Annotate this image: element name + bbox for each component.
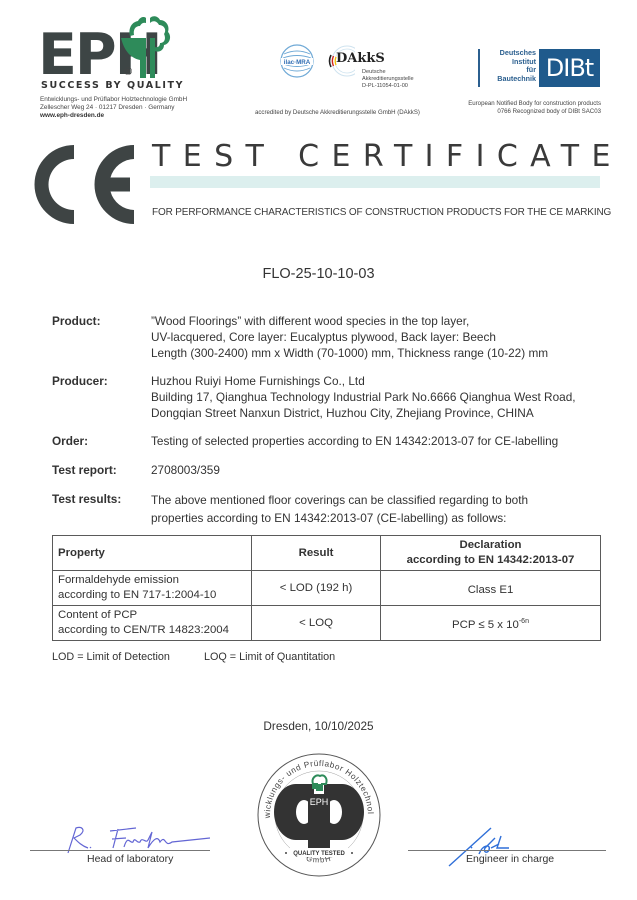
quality-seal-icon: Entwicklungs- und Prüflabor Holztechnolo…: [256, 752, 382, 878]
certificate-subtitle: FOR PERFORMANCE CHARACTERISTICS OF CONST…: [152, 207, 611, 218]
place-and-date: Dresden, 10/10/2025: [0, 719, 637, 733]
cell-declaration: PCP ≤ 5 x 10-6n: [381, 606, 601, 641]
eph-address: Entwicklungs- und Prüflabor Holztechnolo…: [40, 96, 187, 121]
registered-mark: ®: [124, 66, 132, 78]
property-name: Formaldehyde emission: [58, 573, 246, 588]
ce-mark-icon: [34, 143, 138, 226]
test-report-label: Test report:: [52, 463, 117, 477]
eph-website-link[interactable]: www.eph-dresden.de: [40, 112, 187, 120]
eph-slogan: SUCCESS BY QUALITY: [41, 80, 184, 91]
dibt-name: Deutsches Institut für Bautechnik: [484, 49, 536, 83]
dakks-name: DAkkS: [336, 51, 385, 66]
address-line: Entwicklungs- und Prüflabor Holztechnolo…: [40, 96, 187, 104]
certificate-title: TEST CERTIFICATE: [152, 139, 623, 174]
property-name: Content of PCP: [58, 608, 246, 623]
table-row: Content of PCP according to CEN/TR 14823…: [53, 606, 601, 641]
svg-text:EPH: EPH: [310, 797, 329, 807]
test-results-line: The above mentioned floor coverings can …: [151, 491, 528, 509]
signature-line-left: [30, 850, 210, 851]
product-line: ”Wood Floorings” with different wood spe…: [151, 313, 548, 329]
cell-declaration: Class E1: [381, 571, 601, 606]
svg-text:ilac·MRA: ilac·MRA: [284, 59, 311, 66]
engineer-in-charge-label: Engineer in charge: [466, 853, 554, 865]
header-declaration-line: Declaration: [386, 538, 595, 553]
recognized-body-note: 0766 Recognized body of DIBt SAC03: [440, 108, 601, 116]
property-standard: according to EN 717-1:2004-10: [58, 588, 246, 603]
dibt-name-line: Bautechnik: [484, 75, 536, 84]
test-results-label: Test results:: [52, 492, 121, 506]
dakks-sub-line: Akkreditierungsstelle: [362, 76, 414, 83]
declaration-exponent: -6n: [519, 618, 529, 625]
test-report-value: 2708003/359: [151, 462, 220, 478]
property-standard: according to CEN/TR 14823:2004: [58, 623, 246, 638]
header-result: Result: [252, 536, 381, 571]
legend-lod: LOD = Limit of Detection: [52, 651, 170, 663]
product-line: Length (300-2400) mm x Width (70-1000) m…: [151, 345, 548, 361]
producer-address-line: Building 17, Qianghua Technology Industr…: [151, 389, 576, 405]
table-header-row: Property Result Declaration according to…: [53, 536, 601, 571]
declaration-value: PCP ≤ 5 x 10: [452, 618, 519, 630]
cell-property: Content of PCP according to CEN/TR 14823…: [53, 606, 252, 641]
producer-name: Huzhou Ruiyi Home Furnishings Co., Ltd: [151, 373, 576, 389]
product-line: UV-lacquered, Core layer: Eucalyptus ply…: [151, 329, 548, 345]
dakks-registration-number: D-PL-11054-01-00: [362, 83, 414, 90]
signature-line-right: [408, 850, 606, 851]
producer-label: Producer:: [52, 374, 108, 388]
dibt-logo: DIBt: [539, 49, 600, 87]
order-label: Order:: [52, 434, 88, 448]
notified-body-note: European Notified Body for construction …: [440, 100, 601, 108]
test-results-line: properties according to EN 14342:2013-07…: [151, 509, 528, 527]
head-of-laboratory-label: Head of laboratory: [87, 853, 173, 865]
cell-result: < LOD (192 h): [252, 571, 381, 606]
cell-result: < LOQ: [252, 606, 381, 641]
title-accent-band: [150, 176, 600, 188]
dakks-details: Deutsche Akkreditierungsstelle D-PL-1105…: [362, 69, 414, 89]
address-line: Zellescher Weg 24 · 01217 Dresden · Germ…: [40, 104, 187, 112]
accreditation-statement: accredited by Deutsche Akkreditierungsst…: [255, 109, 420, 116]
table-row: Formaldehyde emission according to EN 71…: [53, 571, 601, 606]
product-label: Product:: [52, 314, 101, 328]
dakks-sub-line: Deutsche: [362, 69, 414, 76]
test-results-value: The above mentioned floor coverings can …: [151, 491, 528, 527]
legend-loq: LOQ = Limit of Quantitation: [204, 651, 335, 663]
order-value: Testing of selected properties according…: [151, 433, 558, 449]
results-table: Property Result Declaration according to…: [52, 535, 601, 641]
dibt-notes: European Notified Body for construction …: [440, 100, 601, 116]
declaration-value: Class E1: [468, 583, 514, 595]
producer-value: Huzhou Ruiyi Home Furnishings Co., Ltd B…: [151, 373, 576, 421]
product-value: ”Wood Floorings” with different wood spe…: [151, 313, 548, 361]
producer-address-line: Dongqian Street Nanxun District, Huzhou …: [151, 405, 576, 421]
cell-property: Formaldehyde emission according to EN 71…: [53, 571, 252, 606]
dibt-divider: [478, 49, 480, 87]
certificate-number: FLO-25-10-10-03: [0, 266, 637, 282]
ilac-mra-logo-icon: ilac·MRA: [280, 44, 314, 78]
header-declaration-line: according to EN 14342:2013-07: [386, 553, 595, 568]
header-declaration: Declaration according to EN 14342:2013-0…: [381, 536, 601, 571]
svg-text:QUALITY TESTED: QUALITY TESTED: [293, 851, 345, 857]
header-property: Property: [53, 536, 252, 571]
